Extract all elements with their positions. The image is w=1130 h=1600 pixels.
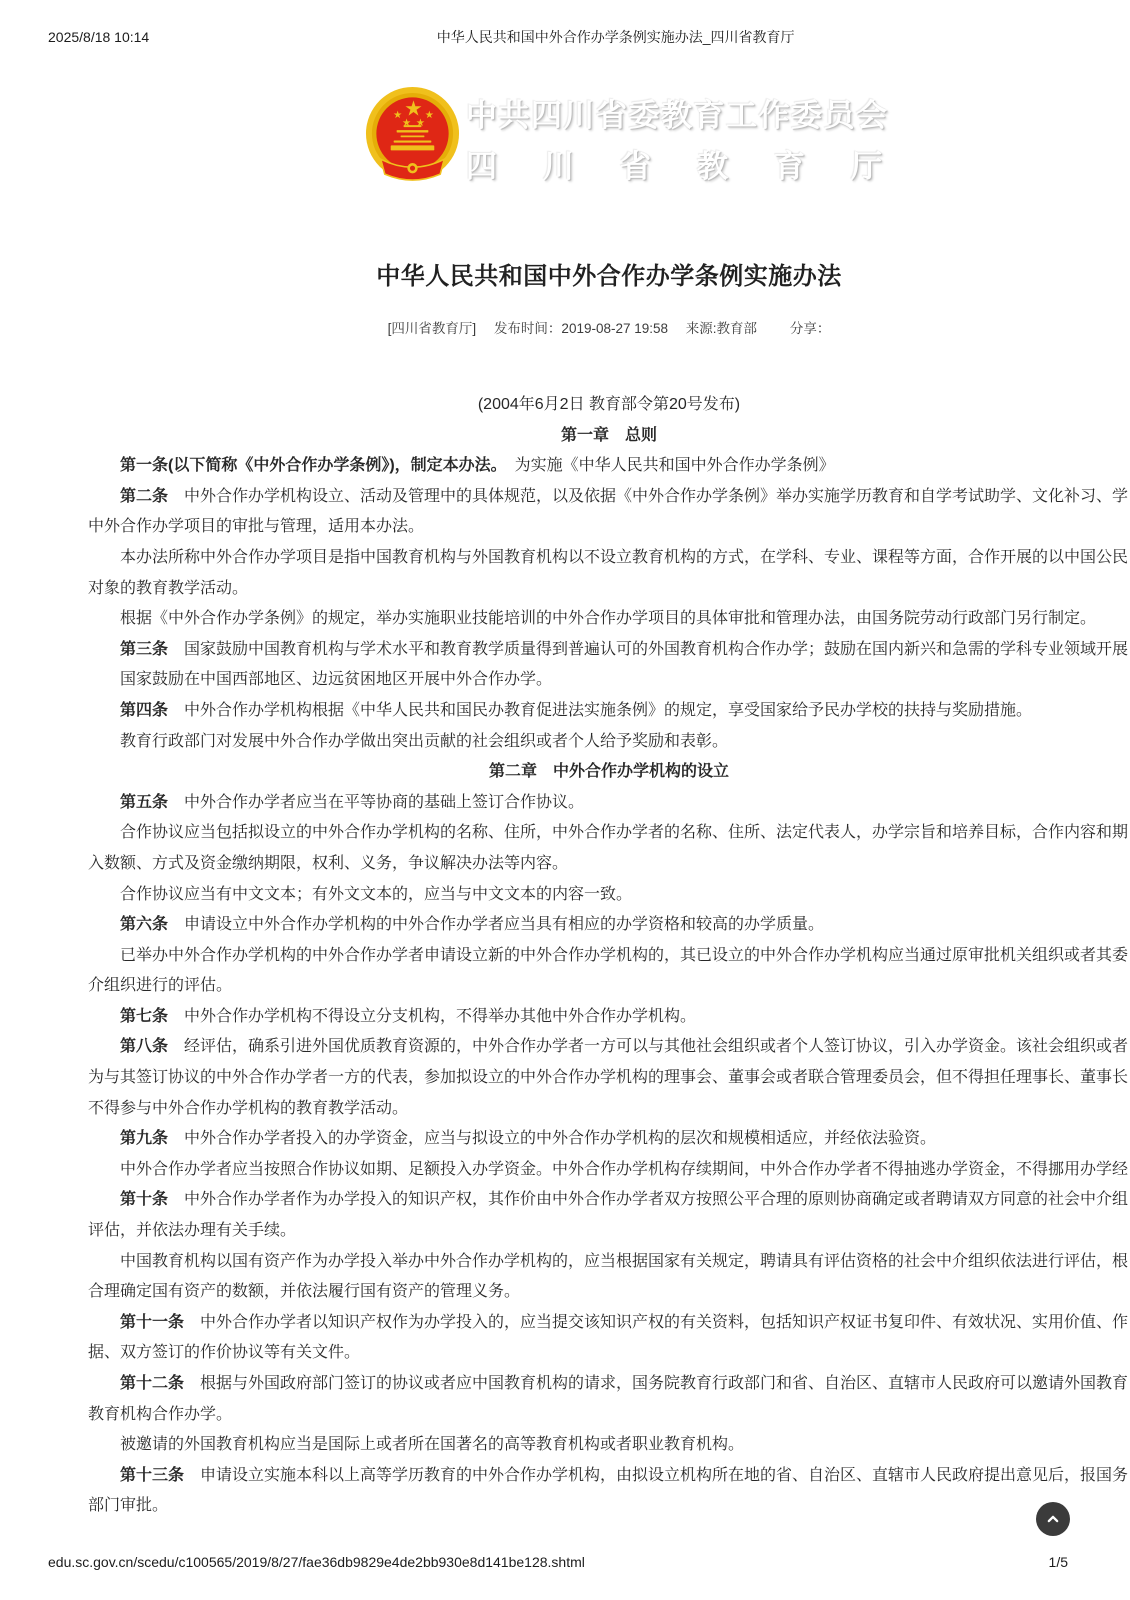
- body-line-text: 部门审批。: [88, 1497, 168, 1514]
- body-line: 国家鼓励在中国西部地区、边远贫困地区开展中外合作办学。: [88, 665, 1130, 696]
- body-line: 已举办中外合作办学机构的中外合作办学者申请设立新的中外合作办学机构的，其已设立的…: [88, 941, 1130, 972]
- body-line: 部门审批。: [88, 1491, 1130, 1522]
- print-doc-title: 中华人民共和国中外合作办学条例实施办法_四川省教育厅: [437, 27, 795, 47]
- body-line: 合作协议应当有中文文本；有外文文本的，应当与中文文本的内容一致。: [88, 880, 1130, 911]
- body-line-text: 入数额、方式及资金缴纳期限，权利、义务，争议解决办法等内容。: [88, 855, 568, 872]
- print-footer: edu.sc.gov.cn/scedu/c100565/2019/8/27/fa…: [48, 1554, 1068, 1570]
- org-name-committee: 中共四川省委教育工作委员会: [466, 90, 889, 135]
- page-title: 中华人民共和国中外合作办学条例实施办法: [88, 256, 1130, 291]
- article-number: 第四条: [120, 702, 168, 719]
- body-line: 第七条 中外合作办学机构不得设立分支机构，不得举办其他中外合作办学机构。: [88, 1002, 1130, 1033]
- body-line-text: 申请设立中外合作办学机构的中外合作办学者应当具有相应的办学资格和较高的办学质量。: [168, 916, 824, 933]
- body-line-text: 合作协议应当包括拟设立的中外合作办学机构的名称、住所，中外合作办学者的名称、住所…: [120, 824, 1128, 841]
- body-line-text: 据、双方签订的作价协议等有关文件。: [88, 1344, 360, 1361]
- body-line: 第一条(以下简称《中外合作办学条例》)，制定本办法。 为实施《中华人民共和国中外…: [88, 451, 1130, 482]
- body-line: 第八条 经评估，确系引进外国优质教育资源的，中外合作办学者一方可以与其他社会组织…: [88, 1032, 1130, 1063]
- chevron-up-icon: [1043, 1509, 1063, 1529]
- article-number: 第七条: [120, 1008, 168, 1025]
- article-origin: 来源:教育部: [686, 321, 757, 336]
- article-number: 第十条: [120, 1191, 168, 1208]
- body-line-text: 国家鼓励在中国西部地区、边远贫困地区开展中外合作办学。: [120, 671, 552, 688]
- body-line: 合理确定国有资产的数额，并依法履行国有资产的管理义务。: [88, 1277, 1130, 1308]
- body-line-text: 申请设立实施本科以上高等学历教育的中外合作办学机构，由拟设立机构所在地的省、自治…: [184, 1467, 1128, 1484]
- body-line-text: 第二章 中外合作办学机构的设立: [489, 763, 729, 780]
- print-header: 2025/8/18 10:14 中华人民共和国中外合作办学条例实施办法_四川省教…: [48, 27, 1082, 47]
- article-number: 第九条: [120, 1130, 168, 1147]
- body-line: 为与其签订协议的中外合作办学者一方的代表，参加拟设立的中外合作办学机构的理事会、…: [88, 1063, 1130, 1094]
- body-line-text: 合作协议应当有中文文本；有外文文本的，应当与中文文本的内容一致。: [120, 886, 632, 903]
- body-line-text: 中外合作办学项目的审批与管理，适用本办法。: [88, 518, 424, 535]
- article-number: 第三条: [120, 641, 168, 658]
- body-line: 根据《中外合作办学条例》的规定，举办实施职业技能培训的中外合作办学项目的具体审批…: [88, 604, 1130, 635]
- body-line: 中外合作办学项目的审批与管理，适用本办法。: [88, 512, 1130, 543]
- article-number: 第十一条: [120, 1314, 184, 1331]
- body-line-text: 中外合作办学者应当按照合作协议如期、足额投入办学资金。中外合作办学机构存续期间，…: [120, 1161, 1128, 1178]
- article-number: 第六条: [120, 916, 168, 933]
- body-line: 介组织进行的评估。: [88, 971, 1130, 1002]
- body-line: 本办法所称中外合作办学项目是指中国教育机构与外国教育机构以不设立教育机构的方式，…: [88, 543, 1130, 574]
- body-line-text: 经评估，确系引进外国优质教育资源的，中外合作办学者一方可以与其他社会组织或者个人…: [168, 1038, 1128, 1055]
- body-line: 第十一条 中外合作办学者以知识产权作为办学投入的，应当提交该知识产权的有关资料，…: [88, 1308, 1130, 1339]
- body-line: 第五条 中外合作办学者应当在平等协商的基础上签订合作协议。: [88, 788, 1130, 819]
- body-line-text: 已举办中外合作办学机构的中外合作办学者申请设立新的中外合作办学机构的，其已设立的…: [120, 947, 1128, 964]
- body-line: 合作协议应当包括拟设立的中外合作办学机构的名称、住所，中外合作办学者的名称、住所…: [88, 818, 1130, 849]
- body-line: 第十条 中外合作办学者作为办学投入的知识产权，其作价由中外合作办学者双方按照公平…: [88, 1185, 1130, 1216]
- body-line: 教育行政部门对发展中外合作办学做出突出贡献的社会组织或者个人给予奖励和表彰。: [88, 727, 1130, 758]
- body-line-text: 中外合作办学者投入的办学资金，应当与拟设立的中外合作办学机构的层次和规模相适应，…: [168, 1130, 936, 1147]
- article-number: 第一条(以下简称《中外合作办学条例》)，制定本办法。: [120, 457, 499, 474]
- article-body: (2004年6月2日 教育部令第20号发布) 第一章 总则 第一条(以下简称《中…: [88, 390, 1130, 1522]
- body-line-text: 中外合作办学者以知识产权作为办学投入的，应当提交该知识产权的有关资料，包括知识产…: [184, 1314, 1128, 1331]
- body-line-text: 评估，并依法办理有关手续。: [88, 1222, 296, 1239]
- body-line: 入数额、方式及资金缴纳期限，权利、义务，争议解决办法等内容。: [88, 849, 1130, 880]
- body-line: 第六条 申请设立中外合作办学机构的中外合作办学者应当具有相应的办学资格和较高的办…: [88, 910, 1130, 941]
- body-line-text: 中国教育机构以国有资产作为办学投入举办中外合作办学机构的，应当根据国家有关规定，…: [120, 1253, 1128, 1270]
- body-line-text: 为与其签订协议的中外合作办学者一方的代表，参加拟设立的中外合作办学机构的理事会、…: [88, 1069, 1128, 1086]
- body-line: 中国教育机构以国有资产作为办学投入举办中外合作办学机构的，应当根据国家有关规定，…: [88, 1247, 1130, 1278]
- body-line: 第十二条 根据与外国政府部门签订的协议或者应中国教育机构的请求，国务院教育行政部…: [88, 1369, 1130, 1400]
- org-name: 中共四川省委教育工作委员会 四川省教育厅: [466, 90, 889, 186]
- body-line-text: 根据《中外合作办学条例》的规定，举办实施职业技能培训的中外合作办学项目的具体审批…: [120, 610, 1096, 627]
- page-url: edu.sc.gov.cn/scedu/c100565/2019/8/27/fa…: [48, 1554, 585, 1570]
- body-line-text: 中外合作办学机构根据《中华人民共和国民办教育促进法实施条例》的规定，享受国家给予…: [168, 702, 1032, 719]
- body-line-text: 对象的教育教学活动。: [88, 580, 248, 597]
- body-line-text: 介组织进行的评估。: [88, 977, 232, 994]
- body-line: 第十三条 申请设立实施本科以上高等学历教育的中外合作办学机构，由拟设立机构所在地…: [88, 1461, 1130, 1492]
- national-emblem-icon: [363, 86, 462, 189]
- body-line: (2004年6月2日 教育部令第20号发布): [88, 390, 1130, 421]
- body-line-text: 教育行政部门对发展中外合作办学做出突出贡献的社会组织或者个人给予奖励和表彰。: [120, 733, 728, 750]
- body-line-text: 根据与外国政府部门签订的协议或者应中国教育机构的请求，国务院教育行政部门和省、自…: [184, 1375, 1128, 1392]
- body-line: 第四条 中外合作办学机构根据《中华人民共和国民办教育促进法实施条例》的规定，享受…: [88, 696, 1130, 727]
- publish-time: 发布时间：2019-08-27 19:58: [494, 321, 668, 336]
- scroll-to-top-button[interactable]: [1036, 1502, 1070, 1536]
- article-number: 第五条: [120, 794, 168, 811]
- body-line-text: (2004年6月2日 教育部令第20号发布): [478, 396, 740, 413]
- body-line-text: 中外合作办学者应当在平等协商的基础上签订合作协议。: [168, 794, 584, 811]
- body-line: 第二章 中外合作办学机构的设立: [88, 757, 1130, 788]
- body-line: 对象的教育教学活动。: [88, 574, 1130, 605]
- body-line-text: 不得参与中外合作办学机构的教育教学活动。: [88, 1100, 408, 1117]
- body-line-text: 中外合作办学机构设立、活动及管理中的具体规范，以及依据《中外合作办学条例》举办实…: [168, 488, 1128, 505]
- body-line-text: 为实施《中华人民共和国中外合作办学条例》: [499, 457, 835, 474]
- article-header: 中华人民共和国中外合作办学条例实施办法 [四川省教育厅] 发布时间：2019-0…: [88, 256, 1130, 337]
- page-indicator: 1/5: [1049, 1554, 1068, 1570]
- site-logo: 中共四川省委教育工作委员会 四川省教育厅: [363, 86, 889, 189]
- body-line-text: 教育机构合作办学。: [88, 1406, 232, 1423]
- body-line: 评估，并依法办理有关手续。: [88, 1216, 1130, 1247]
- share-label: 分享：: [790, 321, 831, 336]
- article-source-dept: [四川省教育厅]: [388, 321, 477, 336]
- print-timestamp: 2025/8/18 10:14: [48, 29, 149, 45]
- body-line: 第二条 中外合作办学机构设立、活动及管理中的具体规范，以及依据《中外合作办学条例…: [88, 482, 1130, 513]
- body-line-text: 中外合作办学者作为办学投入的知识产权，其作价由中外合作办学者双方按照公平合理的原…: [168, 1191, 1128, 1208]
- article-number: 第八条: [120, 1038, 168, 1055]
- body-line: 教育机构合作办学。: [88, 1400, 1130, 1431]
- org-name-department: 四川省教育厅: [466, 141, 935, 186]
- body-line: 中外合作办学者应当按照合作协议如期、足额投入办学资金。中外合作办学机构存续期间，…: [88, 1155, 1130, 1186]
- article-number: 第二条: [120, 488, 168, 505]
- body-line-text: 合理确定国有资产的数额，并依法履行国有资产的管理义务。: [88, 1283, 520, 1300]
- article-number: 第十二条: [120, 1375, 184, 1392]
- body-line-text: 被邀请的外国教育机构应当是国际上或者所在国著名的高等教育机构或者职业教育机构。: [120, 1436, 744, 1453]
- body-line: 第九条 中外合作办学者投入的办学资金，应当与拟设立的中外合作办学机构的层次和规模…: [88, 1124, 1130, 1155]
- body-line: 不得参与中外合作办学机构的教育教学活动。: [88, 1094, 1130, 1125]
- article-number: 第十三条: [120, 1467, 184, 1484]
- body-line-text: 本办法所称中外合作办学项目是指中国教育机构与外国教育机构以不设立教育机构的方式，…: [120, 549, 1128, 566]
- body-line: 被邀请的外国教育机构应当是国际上或者所在国著名的高等教育机构或者职业教育机构。: [88, 1430, 1130, 1461]
- body-line-text: 第一章 总则: [561, 427, 657, 444]
- article-meta: [四川省教育厅] 发布时间：2019-08-27 19:58 来源:教育部 分享…: [88, 317, 1130, 337]
- body-line: 据、双方签订的作价协议等有关文件。: [88, 1338, 1130, 1369]
- body-line-text: 国家鼓励中国教育机构与学术水平和教育教学质量得到普遍认可的外国教育机构合作办学；…: [168, 641, 1128, 658]
- body-line-text: 中外合作办学机构不得设立分支机构，不得举办其他中外合作办学机构。: [168, 1008, 696, 1025]
- body-line: 第一章 总则: [88, 421, 1130, 452]
- body-line: 第三条 国家鼓励中国教育机构与学术水平和教育教学质量得到普遍认可的外国教育机构合…: [88, 635, 1130, 666]
